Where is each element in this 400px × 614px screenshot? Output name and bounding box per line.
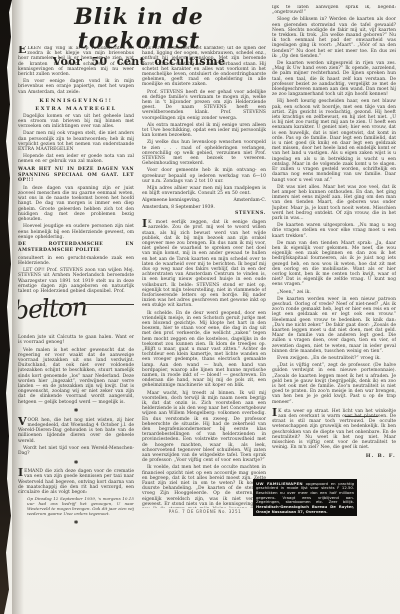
section-star: ✱ xyxy=(18,460,134,466)
notice-subheading: EXTRA MAATREGEL xyxy=(18,106,134,112)
paragraph: Voor door gemeente heb ik mijn ontvang- … xyxy=(142,168,266,184)
notice-footer-left: Algemeene kennisgeving. xyxy=(142,198,201,203)
column-1: ELKEN dag ving ik al op radioberichten e… xyxy=(18,46,134,524)
paragraph: Sloeg de bliksem in? Werden de kaarten a… xyxy=(272,17,396,59)
quoted-circular: Op Dinsdag 12 September 1939, 's morgens… xyxy=(27,497,134,517)
page-footer: PAG. 7 DE GROENE No. 3251 xyxy=(138,509,272,514)
paragraph: VOOR hen, die het nog niet wisten, zij h… xyxy=(18,418,134,444)
notice-signature: STEVENS. xyxy=(142,211,266,216)
paragraph: „Neen,” zei ik. xyxy=(272,290,396,295)
column-signature-script: belton xyxy=(18,294,88,324)
paragraph: Zij welke dus hun levensloop wenschen vo… xyxy=(142,140,266,166)
paragraph: Even zwijgen. „En de neutraliteit?” vroe… xyxy=(272,356,396,361)
notice-heading: KENNISGEVING!! xyxy=(18,98,134,104)
column-3: lijk te laten aanwijzen sprak ik, liegen… xyxy=(272,5,396,466)
notice-footer-line: Algemeene kennisgeving. Amsterdam-C. xyxy=(142,198,266,203)
notice-footer-right: Amsterdam-C. xyxy=(233,198,266,203)
paragraph: De kaarten waren uitgesproken. „Nu mag u… xyxy=(272,223,396,239)
newspaper-page-scan: Blik in de toekomst Voor 50 cent occulti… xyxy=(0,0,400,614)
notice-caps-line: DE ROTTERDAMSCHE EN AMSTERDAMSCHE POLITI… xyxy=(18,242,134,253)
paragraph: De kaarten werden weer in een nieuw patr… xyxy=(272,297,396,354)
paragraph: Ik schelde. En de deur werd geopend, doo… xyxy=(142,311,266,389)
paragraph: IK moet eerlijk zeggen, dat ik eenige da… xyxy=(142,220,266,308)
section-star: ✱ xyxy=(18,408,134,414)
paragraph: lijk te laten aanwijzen sprak ik, liegen… xyxy=(272,5,396,15)
paragraph: En voor eenige dagen vond ik in mijn bri… xyxy=(18,79,134,95)
column-2: STEVENS bestudeert het karakter; uit de … xyxy=(142,46,266,508)
paragraph: STEVENS bestudeert het karakter; uit de … xyxy=(142,46,266,88)
paragraph: LET OP!! Prof. STEVENS zoon van wijlen M… xyxy=(18,268,134,294)
paragraph: Hopende dat een ieder er goede nota van … xyxy=(18,154,134,164)
paragraph: In deze dagen van spanning zijn er juist… xyxy=(18,186,134,222)
paragraph: Prof. STEVENS heeft de eer gehad voor ad… xyxy=(142,90,266,121)
paragraph: Hoeveel jeugdige en oudere personen zijn… xyxy=(18,224,134,240)
paragraph: IEMAND die zich deze dagen voor de crema… xyxy=(18,469,134,495)
paragraph: Vele malen is het echter gewenscht dat d… xyxy=(18,348,134,405)
notice-dateline: Amsterdam, 8 September 1939. xyxy=(142,205,266,210)
paragraph: Dagelijks komen er van uit het geheele l… xyxy=(18,114,134,130)
paragraph: ELKEN dag ving ik al op radioberichten e… xyxy=(18,46,134,77)
paragraph: Mijn adres alhier waar men mij kan raadp… xyxy=(142,186,266,196)
paragraph: Maar wacht, hij treedt al binnen. Ik wil… xyxy=(142,391,266,464)
paragraph: Wordt het niet tijd voor een Wereld-Mens… xyxy=(18,446,134,456)
paragraph: Daar men mij ook vragen stelt, die niet … xyxy=(18,131,134,152)
paragraph: Dit was niet alles. Maar het was zoo vee… xyxy=(272,185,396,221)
paragraph: De man van den tienden Maart sprak: „Ja,… xyxy=(272,241,396,288)
paragraph: „Dat is vijftig cent”, zegt de professor… xyxy=(272,363,396,405)
section-star: ✱ xyxy=(18,520,134,524)
rubriek-header: belton xyxy=(18,301,134,331)
paragraph: De kaarten werden uitgespreid in rijen v… xyxy=(272,61,396,97)
paragraph: Als extra maatregel stel ik mij eenige u… xyxy=(142,123,266,139)
paragraph: Londen jute uit Calcutta te gaan halen. … xyxy=(18,335,134,345)
paragraph: consulteert in een gerucht-makende zaak … xyxy=(18,256,134,266)
author-initials: H. B. F. xyxy=(272,453,396,459)
paragraph: Hij heeft keurig gescheiden haar, een ne… xyxy=(272,99,396,182)
paragraph: Ik voelde, dat men het met de occulte ma… xyxy=(142,465,266,508)
end-of-article-rule xyxy=(345,416,378,417)
notice-caps-line: WAAR HET NU IN DEZE DAGEN VAN SPANNING S… xyxy=(18,167,134,183)
